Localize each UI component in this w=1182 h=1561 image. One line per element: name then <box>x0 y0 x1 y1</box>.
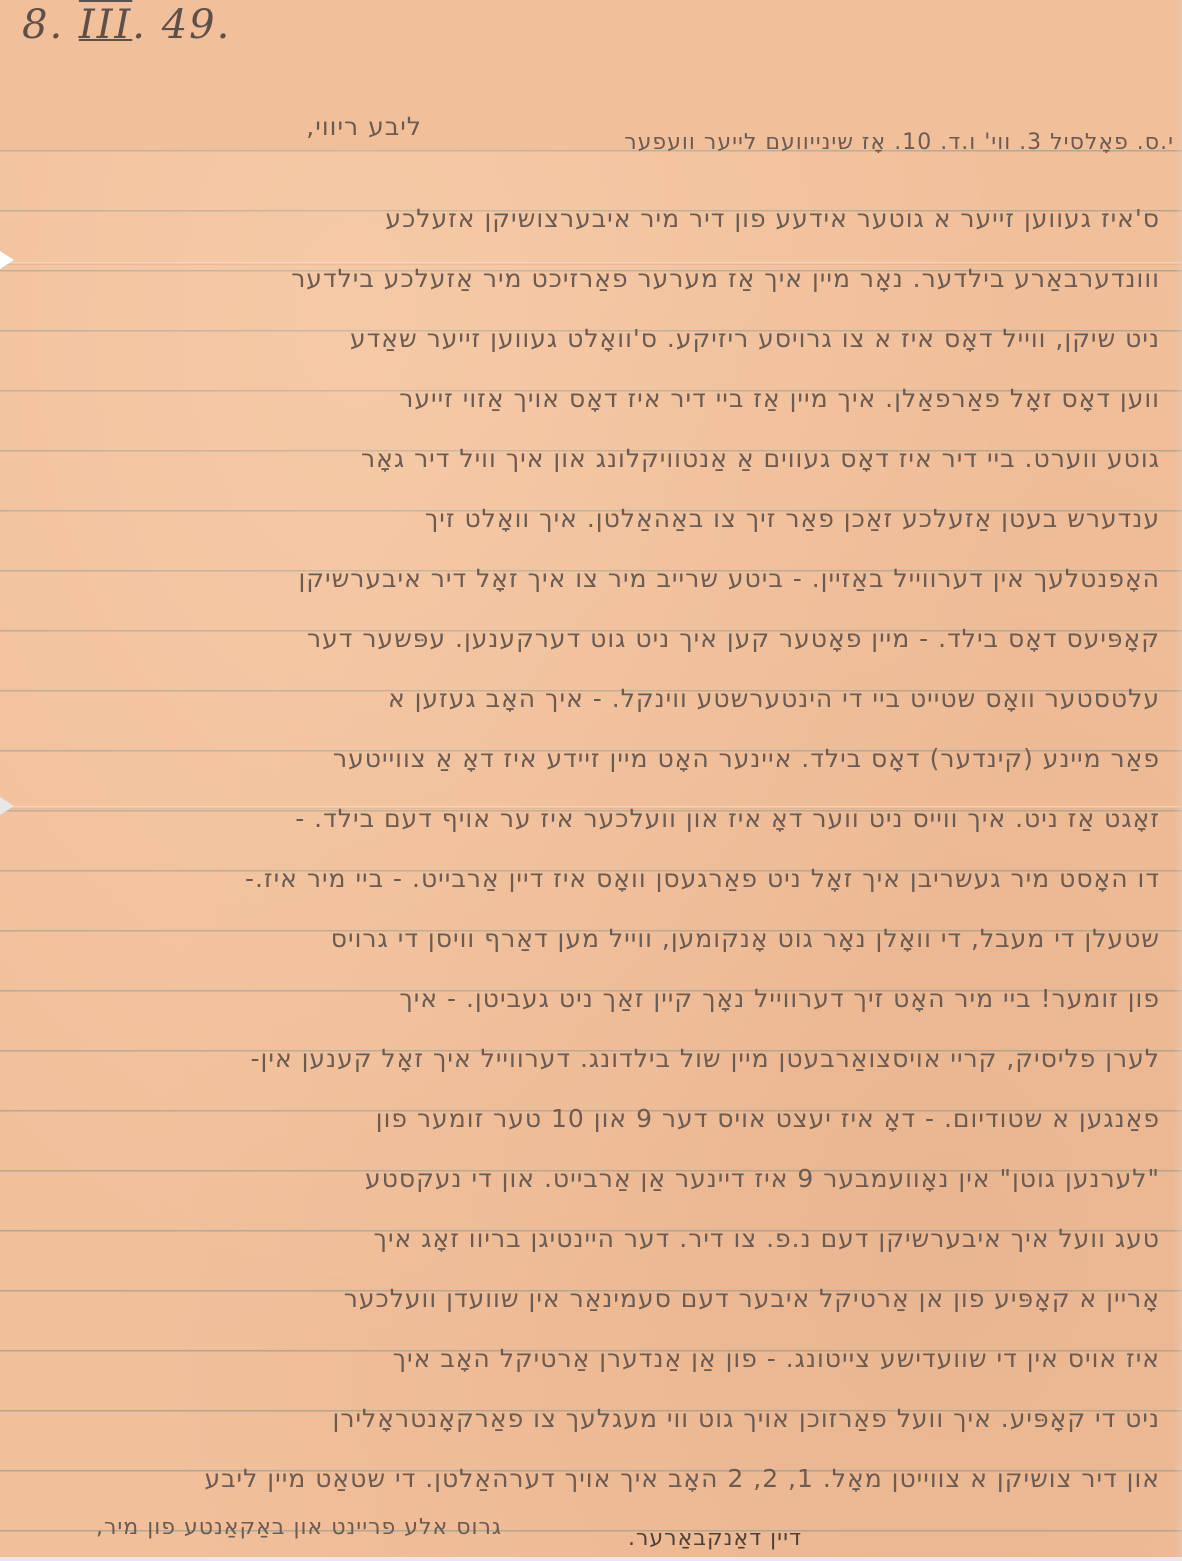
body-line: גוטע ווערט. ביי דיר איז דאָס געווים אַ א… <box>20 444 1160 473</box>
body-line: ווונדערבאַרע בילדער. נאָר מיין איך אַז מ… <box>20 264 1160 293</box>
body-line: פון זומער! ביי מיר האָט זיך דערווייל נאָ… <box>20 984 1160 1013</box>
body-line: לערן פליסיק, קריי אויסצואַרבעטן מיין שול… <box>20 1044 1160 1073</box>
body-line: ניט די קאָפּיע. איך וועל פאַרזוכן אויך ג… <box>20 1404 1160 1433</box>
paper-notch <box>0 251 14 269</box>
body-line: האָפנטלעך אין דערווייל באַזיין. - ביטע ש… <box>20 564 1160 593</box>
date-year: 49. <box>162 2 232 48</box>
body-line: ווען דאָס זאָל פאַרפאַלן. איך מיין אַז ב… <box>20 384 1160 413</box>
paper-edge <box>1174 0 1182 1561</box>
date-day: 8. <box>22 2 64 48</box>
closing: גרוס אלע פריינט און באַקאַנטע פון מיר, <box>22 1515 502 1540</box>
body-line: קאָפּיעס דאָס בילד. - מיין פאָטער קען אי… <box>20 624 1160 653</box>
body-line: "לערנען גוטן" אין נאָוועמבער 9 איז דיינע… <box>20 1164 1160 1193</box>
body-line: פאַר מיינע (קינדער) דאָס בילד. איינער הא… <box>20 744 1160 773</box>
paper-edge <box>0 1557 1182 1561</box>
signature: דיין דאַנקבאַרער. <box>522 1526 802 1551</box>
body-line: ענדערש בעטן אַזעלכע זאַכן פאַר זיך צו בא… <box>20 504 1160 533</box>
body-line: טעג וועל איך איבערשיקן דעם נ.פ. צו דיר. … <box>20 1224 1160 1253</box>
body-line: דו האָסט מיר געשריבן איך זאָל ניט פאַרגע… <box>20 864 1160 893</box>
body-line: איז אויס אין די שוועדישע צייטונג. - פון … <box>20 1344 1160 1373</box>
paper-notch <box>0 797 14 815</box>
letter-date: 8. III. 49. <box>22 2 231 48</box>
body-line: ס'איז געווען זייער א גוטער אידעע פון דיר… <box>130 204 1160 233</box>
body-line: און דיר צושיקן א צווייטן מאָל. 1, 2, 2 ה… <box>20 1464 1160 1493</box>
body-line: ניט שיקן, ווייל דאָס איז א צו גרויסע ריז… <box>20 324 1160 353</box>
header-note: י.ס. פאָלסיל 3. ווי' ו.ד. 10. אָז שינייו… <box>344 130 1174 155</box>
body-line: זאָגט אַז ניט. איך ווייס ניט ווער דאָ אי… <box>20 804 1160 833</box>
body-line: אָריין א קאָפּיע פון אן אַרטיקל איבער דע… <box>20 1284 1160 1313</box>
body-line: עלטסטער וואָס שטייט ביי די הינטערשטע ווי… <box>20 684 1160 713</box>
body-line: פאַנגען א שטודיום. - דאָ איז יעצט אויס ד… <box>20 1104 1160 1133</box>
date-month: III <box>79 2 132 48</box>
body-line: שטעלן די מעבל, די וואָלן נאָר גוט אָנקומ… <box>20 924 1160 953</box>
letter-page: 8. III. 49. ליבע ריווי, י.ס. פאָלסיל 3. … <box>0 0 1182 1561</box>
